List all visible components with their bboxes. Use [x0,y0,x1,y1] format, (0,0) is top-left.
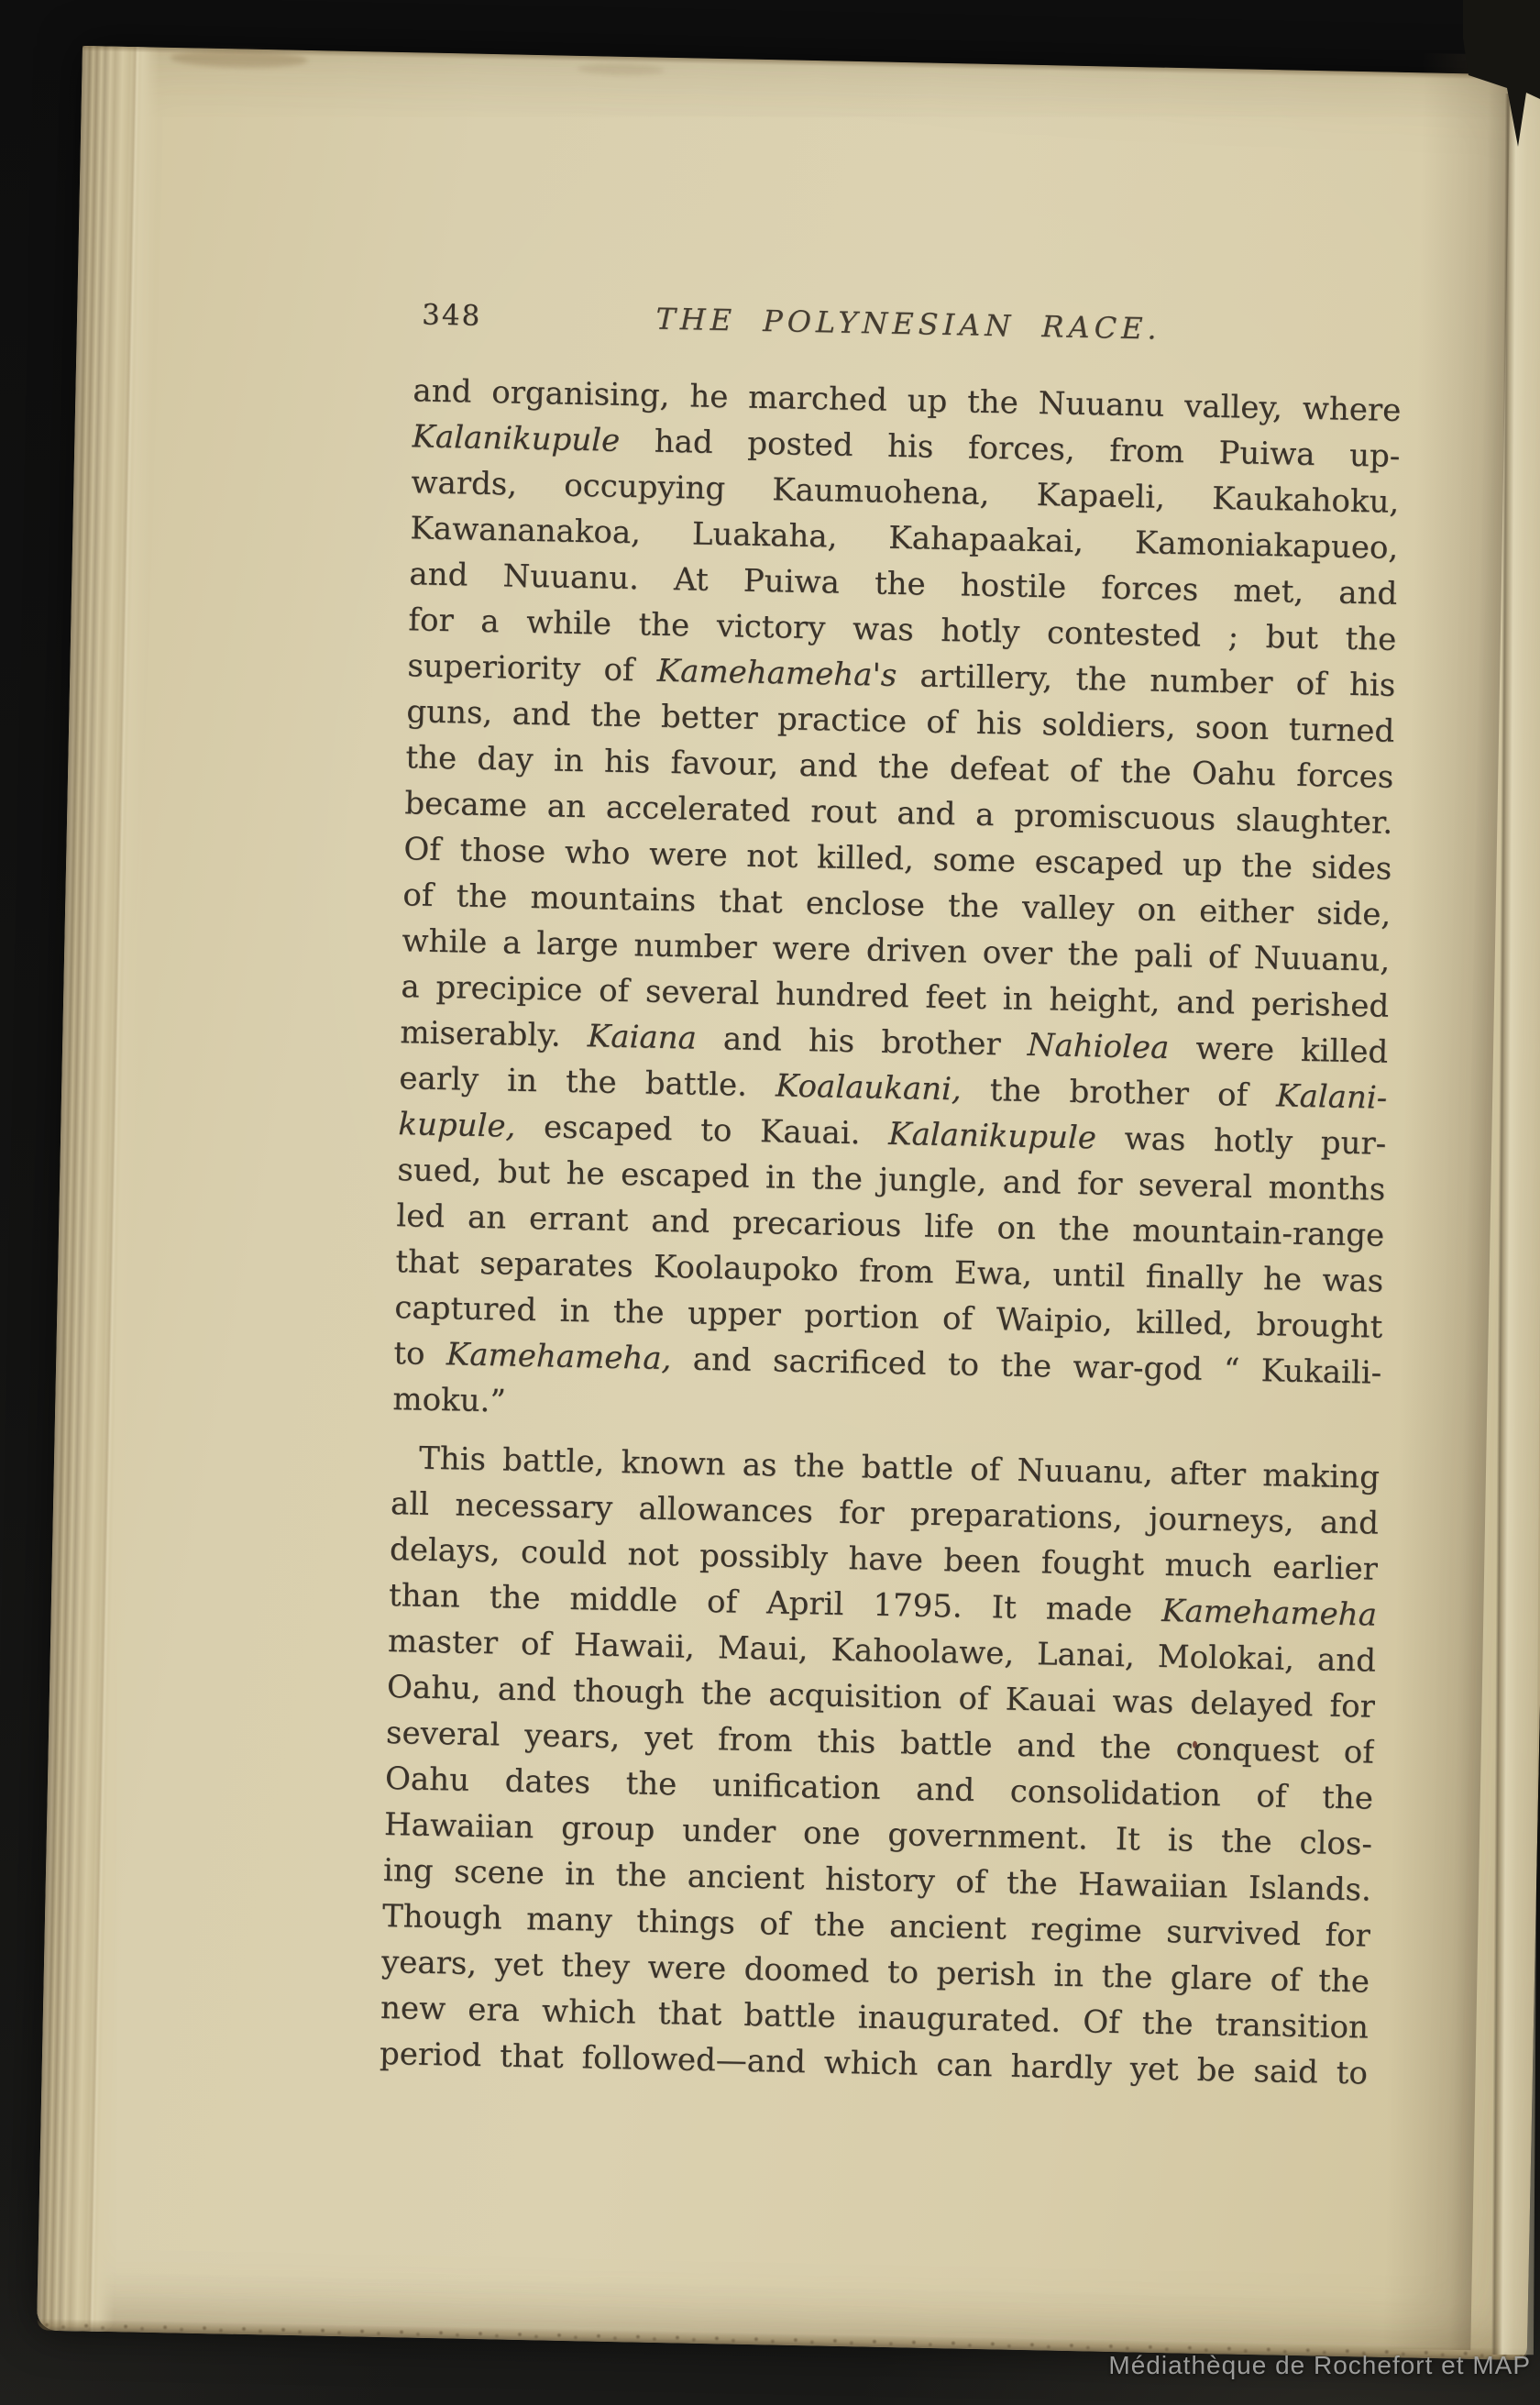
paragraph: This battle, known as the battle of Nuua… [379,1435,1380,2096]
page-text: 348 THE POLYNESIAN RACE. and organising,… [379,292,1403,2096]
running-title: THE POLYNESIAN RACE. [414,296,1403,351]
paragraph: and organising, he marched up the Nuuanu… [392,368,1402,1441]
stain-smudge [577,63,664,76]
page-text-body: and organising, he marched up the Nuuanu… [379,368,1402,2096]
photo-background: 348 THE POLYNESIAN RACE. and organising,… [0,0,1540,2405]
book-page: 348 THE POLYNESIAN RACE. and organising,… [37,46,1540,2360]
page-number: 348 [422,298,482,332]
watermark-label: Médiathèque de Rochefort et MAP [1108,2351,1531,2380]
page-header: 348 THE POLYNESIAN RACE. [414,292,1403,359]
